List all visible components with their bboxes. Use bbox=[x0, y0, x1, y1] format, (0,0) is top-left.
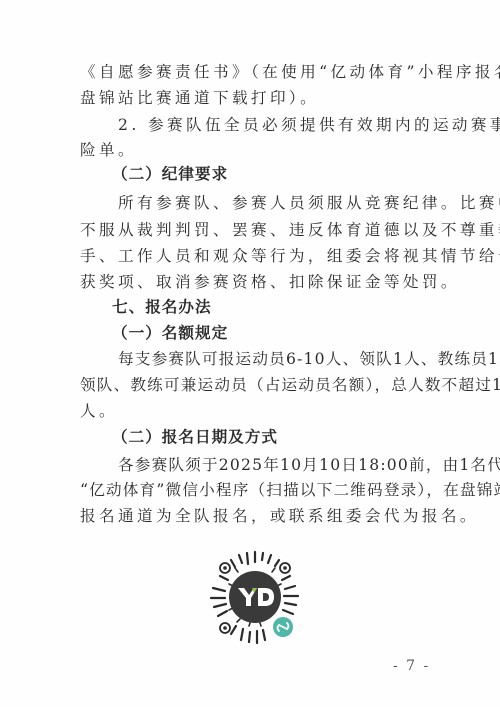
text-line: 每支参赛队可报运动员6-10人、领队1人、教练员1人。 bbox=[80, 349, 427, 369]
text-line: 报名通道为全队报名，或联系组委会代为报名。 bbox=[80, 506, 427, 526]
text-line: 人。 bbox=[80, 401, 427, 421]
mini-program-qr-code[interactable] bbox=[205, 548, 305, 648]
qr-code-icon bbox=[205, 548, 305, 648]
section-heading-registration: 七、报名办法 bbox=[80, 297, 421, 317]
text-line: 所有参赛队、参赛人员须服从竞赛纪律。比赛中如发生 bbox=[80, 193, 427, 213]
section-heading-registration-date: （二）报名日期及方式 bbox=[80, 427, 421, 447]
text-line: 2. 参赛队伍全员必须提供有效期内的运动赛事责任保 bbox=[80, 115, 427, 135]
text-line: 险单。 bbox=[80, 140, 427, 160]
text-line: 获奖项、取消参赛资格、扣除保证金等处罚。 bbox=[80, 272, 427, 292]
text-line: 各参赛队须于2025年10月10日18:00前，由1名代表登录 bbox=[80, 455, 427, 475]
section-heading-discipline: （二）纪律要求 bbox=[80, 164, 421, 184]
page-number: - 7 - bbox=[393, 658, 430, 674]
text-line: 领队、教练可兼运动员（占运动员名额），总人数不超过12 bbox=[80, 375, 427, 395]
text-line: 盘锦站比赛通道下载打印）。 bbox=[80, 88, 427, 108]
text-line: 《自愿参赛责任书》（在使用“亿动体育”小程序报名时，于 bbox=[80, 62, 427, 82]
text-line: “亿动体育”微信小程序（扫描以下二维码登录），在盘锦站 bbox=[80, 480, 427, 500]
document-page: 《自愿参赛责任书》（在使用“亿动体育”小程序报名时，于 盘锦站比赛通道下载打印）… bbox=[0, 0, 500, 707]
text-line: 手、工作人员和观众等行为，组委会将视其情节给予取消已 bbox=[80, 246, 427, 266]
text-line: 不服从裁判判罚、罢赛、违反体育道德以及不尊重裁判、对 bbox=[80, 220, 427, 240]
section-heading-quota: （一）名额规定 bbox=[80, 323, 421, 343]
